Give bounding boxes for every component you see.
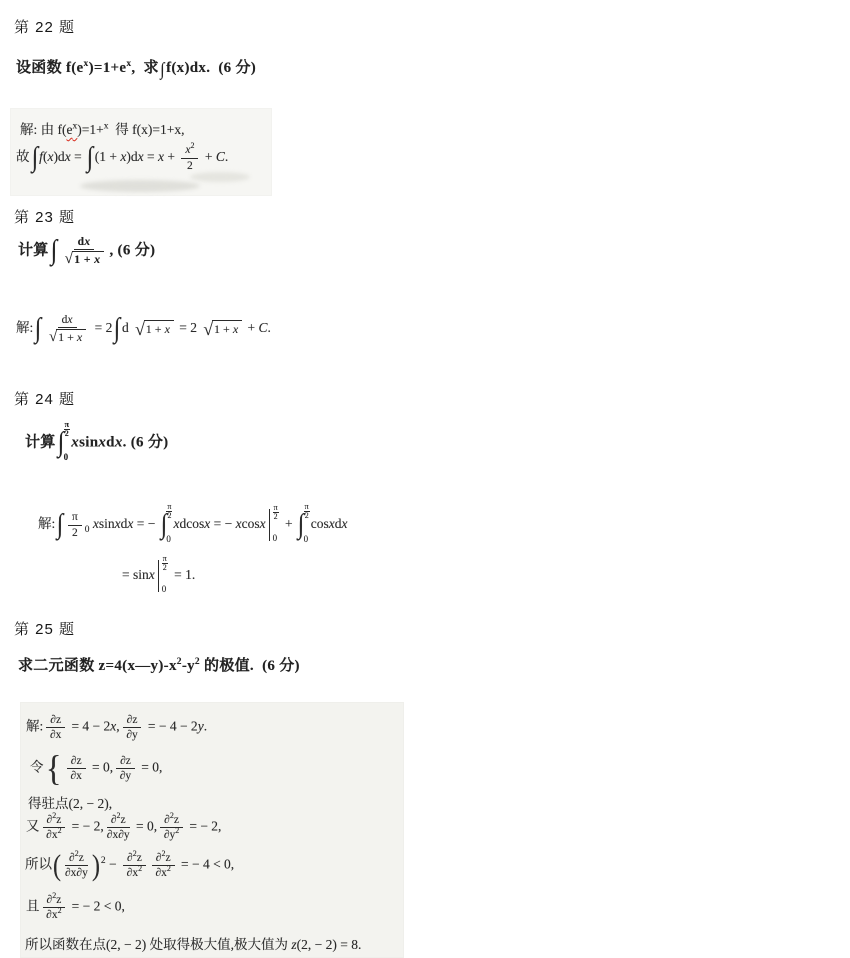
spellcheck-squiggle: ex [67, 122, 78, 137]
integral-sign: ∫ [114, 315, 121, 343]
question-23-text: 计算∫dx√1 + x, (6 分) [18, 236, 155, 266]
solution-25-scan-block: 解:∂z∂x = 4 − 2x,∂z∂y = − 4 − 2y. 令{∂z∂x … [20, 702, 404, 958]
question-24-heading: 第 24 题 [14, 388, 75, 409]
solution-25-line-6: 且∂2z∂x2 = − 2 < 0, [26, 894, 125, 921]
question-25-text: 求二元函数 z=4(x—y)-x2-y2 的极值. (6 分) [18, 654, 300, 675]
solution-25-line-7: 所以函数在点(2, − 2) 处取得极大值,极大值为 z(2, − 2) = 8… [25, 933, 361, 953]
question-22-heading: 第 22 题 [14, 16, 75, 37]
evaluation-bar: π20 [269, 507, 279, 543]
solution-25-line-2: 令{∂z∂x = 0,∂z∂y = 0, [30, 752, 162, 784]
scan-smudge [80, 180, 200, 192]
radical-sign: √ [65, 252, 74, 267]
solution-25-line-3: 得驻点(2, − 2), [28, 792, 112, 812]
solution-25-line-5: 所以(∂2z∂x∂y)2 − ∂2z∂x2∂2z∂x2 = − 4 < 0, [25, 852, 234, 879]
integral-sign: ∫ [160, 60, 164, 78]
evaluation-bar: π20 [158, 558, 168, 594]
integral-sign: ∫ [31, 144, 38, 172]
integral-sign: ∫ [57, 429, 64, 457]
solution-22-line-2: 故∫f(x)dx = ∫(1 + x)dx = x + x22 + C. [16, 144, 228, 172]
integral-sign: ∫ [35, 315, 42, 343]
exam-solutions-page: 第 22 题 设函数 f(ex)=1+ex, 求∫f(x)dx. (6 分) 解… [0, 0, 850, 958]
solution-22-line-1: 解: 由 f(ex)=1+x 得 f(x)=1+x, [20, 118, 184, 138]
scan-smudge [190, 172, 250, 182]
radical-sign: √ [135, 321, 145, 339]
question-22-text: 设函数 f(ex)=1+ex, 求∫f(x)dx. (6 分) [16, 56, 256, 78]
solution-25-line-4: 又∂2z∂x2 = − 2,∂2z∂x∂y = 0,∂2z∂y2 = − 2, [26, 814, 221, 841]
integral-sign: ∫ [160, 511, 167, 539]
integral-sign: ∫ [87, 144, 94, 172]
solution-24-line-2: = sinxπ20 = 1. [122, 558, 195, 594]
solution-25-line-1: 解:∂z∂x = 4 − 2x,∂z∂y = − 4 − 2y. [26, 714, 207, 741]
integral-sign: ∫ [298, 511, 305, 539]
question-23-heading: 第 23 题 [14, 206, 75, 227]
solution-24-line-1: 解:∫π20 xsinxdx = − ∫π20xdcosx = − xcosxπ… [38, 506, 347, 544]
question-24-text: 计算∫π20xsinxdx. (6 分) [25, 424, 168, 462]
solution-22-scan-block: 解: 由 f(ex)=1+x 得 f(x)=1+x, 故∫f(x)dx = ∫(… [10, 108, 272, 196]
radical-sign: √ [49, 330, 57, 345]
integral-sign: ∫ [57, 511, 64, 539]
radical-sign: √ [203, 321, 213, 339]
system-brace: { [45, 752, 61, 784]
solution-23-line-1: 解:∫dx√1 + x = 2∫d √1 + x = 2 √1 + x + C. [16, 314, 271, 344]
question-25-heading: 第 25 题 [14, 618, 75, 639]
integral-sign: ∫ [50, 237, 57, 265]
